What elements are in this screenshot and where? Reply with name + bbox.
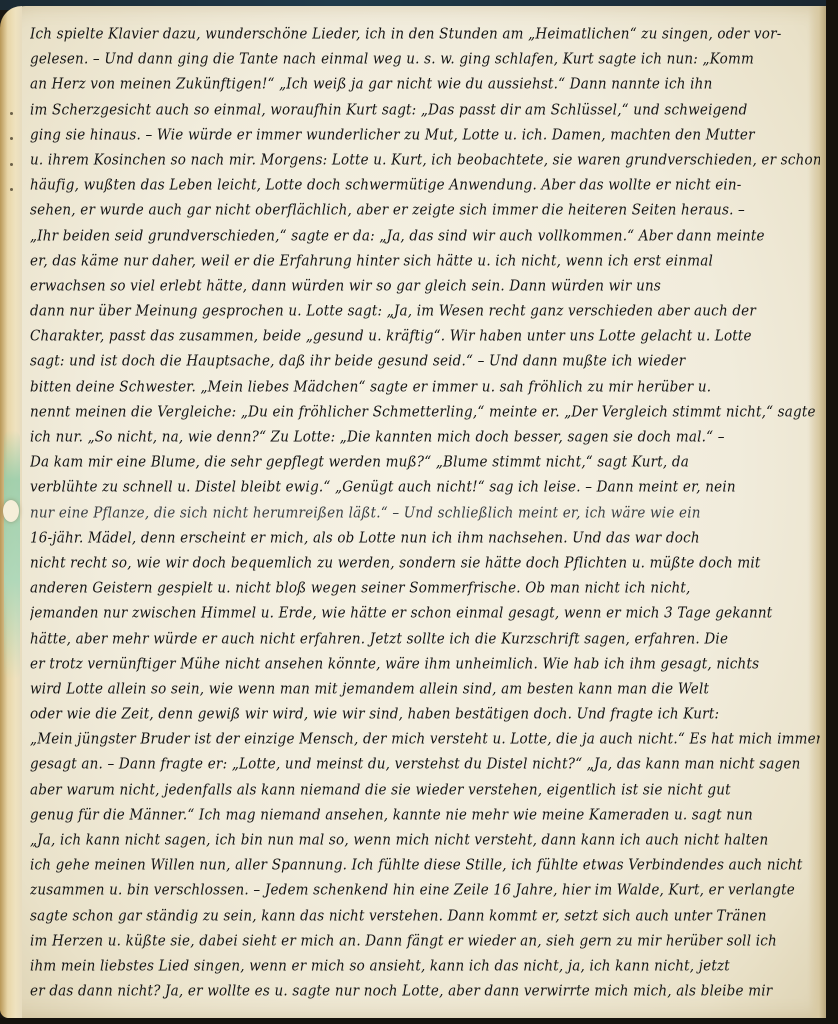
- text-line: hätte, aber mehr würde er auch nicht erf…: [30, 625, 820, 652]
- bottom-background: [0, 1018, 838, 1024]
- margin-dot: [10, 112, 13, 115]
- text-line: nennt meinen die Vergleiche: „Du ein frö…: [30, 399, 820, 426]
- text-line: „Ihr beiden seid grundverschieden,“ sagt…: [30, 222, 820, 249]
- text-line: Ich spielte Klavier dazu, wunderschöne L…: [30, 21, 820, 48]
- text-line: nur eine Pflanze, die sich nicht herumre…: [30, 500, 820, 527]
- text-line: verblühte zu schnell u. Distel bleibt ew…: [30, 474, 820, 501]
- text-line: ging sie hinaus. – Wie würde er immer wu…: [30, 122, 820, 149]
- text-line: „Ja, ich kann nicht sagen, ich bin nun m…: [30, 827, 820, 854]
- text-line: ich gehe meinen Willen nun, aller Spannu…: [30, 852, 820, 879]
- text-line: nicht recht so, wie wir doch bequemlich …: [30, 550, 820, 577]
- text-line: erwachsen so viel erlebt hätte, dann wür…: [30, 273, 820, 300]
- text-line: ich nur. „So nicht, na, wie denn?“ Zu Lo…: [30, 424, 820, 451]
- text-line: dann nur über Meinung gesprochen u. Lott…: [30, 298, 820, 325]
- text-line: bitten deine Schwester. „Mein liebes Mäd…: [30, 374, 820, 401]
- text-line: sagt: und ist doch die Hauptsache, daß i…: [30, 348, 820, 375]
- text-line: an Herz von meinen Zukünftigen!“ „Ich we…: [30, 71, 820, 98]
- text-line: zusammen u. bin verschlossen. – Jedem sc…: [30, 877, 820, 904]
- text-line: u. ihrem Kosinchen so nach mir. Morgens:…: [30, 147, 820, 174]
- text-line: ihm mein liebstes Lied singen, wenn er m…: [30, 953, 820, 980]
- text-line: er trotz vernünftiger Mühe nicht ansehen…: [30, 651, 820, 678]
- text-line: gelesen. – Und dann ging die Tante nach …: [30, 46, 820, 73]
- text-line: Da kam mir eine Blume, die sehr gepflegt…: [30, 449, 820, 476]
- text-line: Charakter, passt das zusammen, beide „ge…: [30, 323, 820, 350]
- margin-dot: [10, 137, 13, 140]
- text-line: 16-jähr. Mädel, denn erscheint er mich, …: [30, 525, 820, 552]
- text-line: genug für die Männer.“ Ich mag niemand a…: [30, 802, 820, 829]
- text-line: er, das käme nur daher, weil er die Erfa…: [30, 248, 820, 275]
- page-tear: [3, 500, 19, 522]
- text-line: jemanden nur zwischen Himmel u. Erde, wi…: [30, 600, 820, 627]
- text-line: er das dann nicht? Ja, er wollte es u. s…: [30, 978, 820, 1005]
- text-line: aber warum nicht, jedenfalls als kann ni…: [30, 777, 820, 804]
- green-stain: [4, 430, 20, 680]
- text-line: anderen Geistern gespielt u. nicht bloß …: [30, 575, 820, 602]
- text-line: im Herzen u. küßte sie, dabei sieht er m…: [30, 928, 820, 955]
- text-line: wird Lotte allein so sein, wie wenn man …: [30, 676, 820, 703]
- right-background: [826, 0, 838, 1024]
- text-line: „Mein jüngster Bruder ist der einzige Me…: [30, 726, 820, 753]
- text-line: oder wie die Zeit, denn gewiß wir wird, …: [30, 701, 820, 728]
- text-line: sehen, er wurde auch gar nicht oberfläch…: [30, 197, 820, 224]
- text-line: gesagt an. – Dann fragte er: „Lotte, und…: [30, 751, 820, 778]
- margin-dot: [10, 163, 13, 166]
- text-line: im Scherzgesicht auch so einmal, woraufh…: [30, 97, 820, 124]
- text-line: häufig, wußten das Leben leicht, Lotte d…: [30, 172, 820, 199]
- text-line: sagte schon gar ständig zu sein, kann da…: [30, 903, 820, 930]
- margin-dot: [10, 188, 13, 191]
- handwritten-text: Ich spielte Klavier dazu, wunderschöne L…: [30, 22, 820, 1004]
